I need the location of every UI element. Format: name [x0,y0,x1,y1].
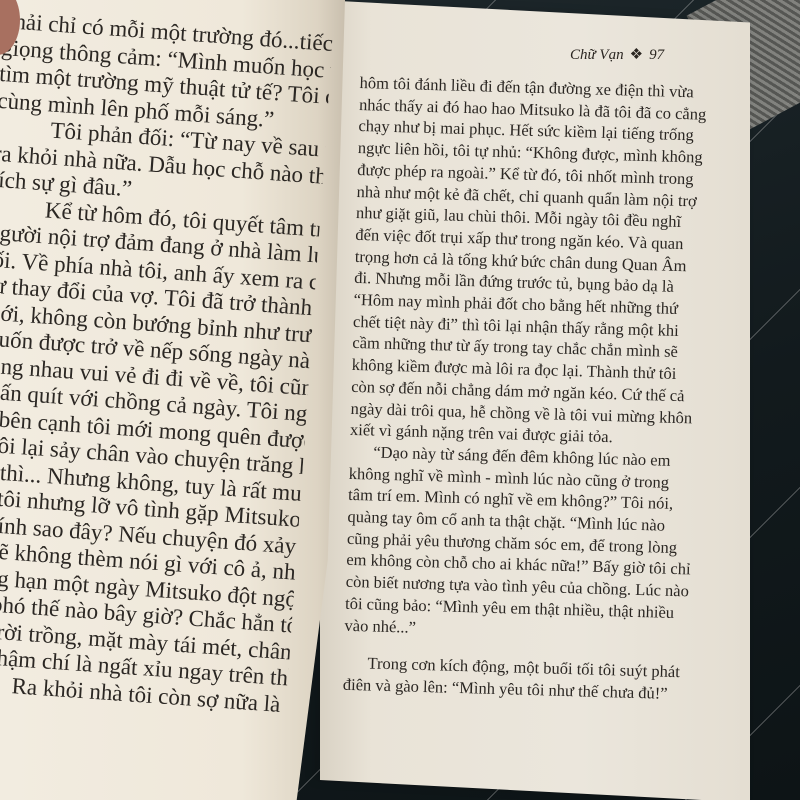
right-page-text: hôm tôi đánh liều đi đến tận đường xe đi… [343,72,710,705]
left-page-text: phải chỉ có mỗi một trường đó...tiếc cho… [0,8,333,718]
running-head: Chữ Vạn❖97 [570,45,664,64]
ornament-icon: ❖ [630,47,643,63]
book-title: Chữ Vạn [570,47,624,63]
page-number: 97 [649,47,664,63]
